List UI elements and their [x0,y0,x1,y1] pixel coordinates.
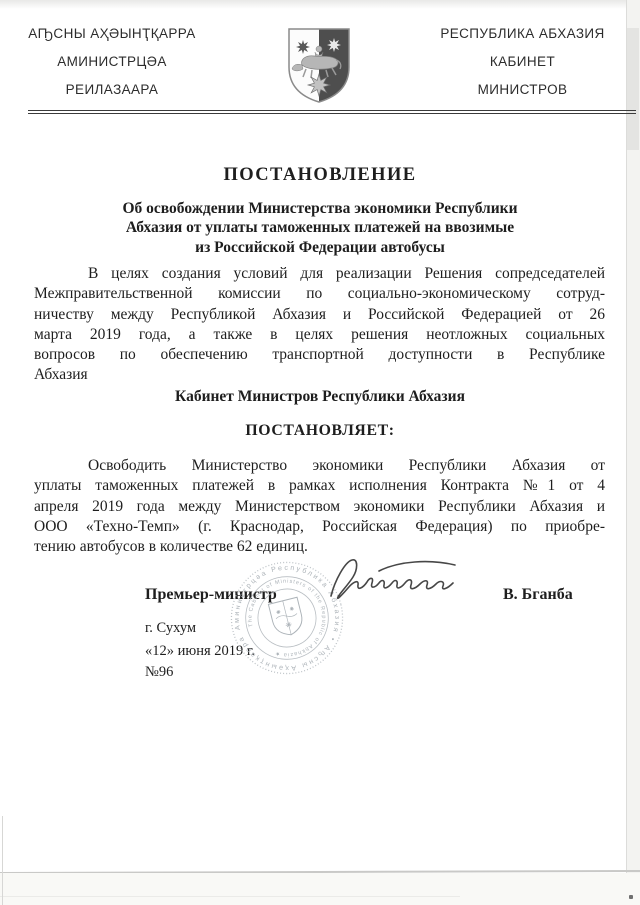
stamp-center-shield-icon [268,597,305,638]
preamble-paragraph: В целях создания условий для реализации … [34,264,605,386]
scan-left-page-edge [2,816,3,905]
star-bottom-icon [308,74,330,96]
issuing-body-line: Кабинет Министров Республики Абхазия [35,388,605,406]
letterhead-russian-text: РЕСПУБЛИКА АБХАЗИЯКАБИНЕТМИНИСТРОВ [425,20,620,104]
star-top-right-icon [327,38,341,52]
scan-bottom-faint-line [0,896,460,897]
scan-bottom-background [0,873,640,905]
star-top-left-icon [296,40,310,54]
letterhead-abkhaz-text: АҦСНЫ АҲӘЫНҬҚАРРААМИНИСТРЦӘАРЕИЛАЗААРА [22,20,202,104]
footer-number: №96 [145,664,173,681]
document-subject: Об освобождении Министерства экономики Р… [70,199,570,257]
abkhazia-coat-of-arms-icon [287,27,351,105]
scan-top-smudge [0,0,640,9]
letterhead-divider-rule [28,110,636,114]
operative-paragraph: Освободить Министерство экономики Респуб… [34,456,605,557]
handwritten-signature-icon [323,554,473,608]
signer-name: В. Бганба [503,586,573,604]
scan-right-edge-shadow [627,28,639,150]
resolve-word: ПОСТАНОВЛЯЕТ: [35,422,605,440]
scan-corner-speck [629,895,633,899]
document-title: ПОСТАНОВЛЕНИЕ [0,165,640,186]
footer-city: г. Сухум [145,620,196,637]
